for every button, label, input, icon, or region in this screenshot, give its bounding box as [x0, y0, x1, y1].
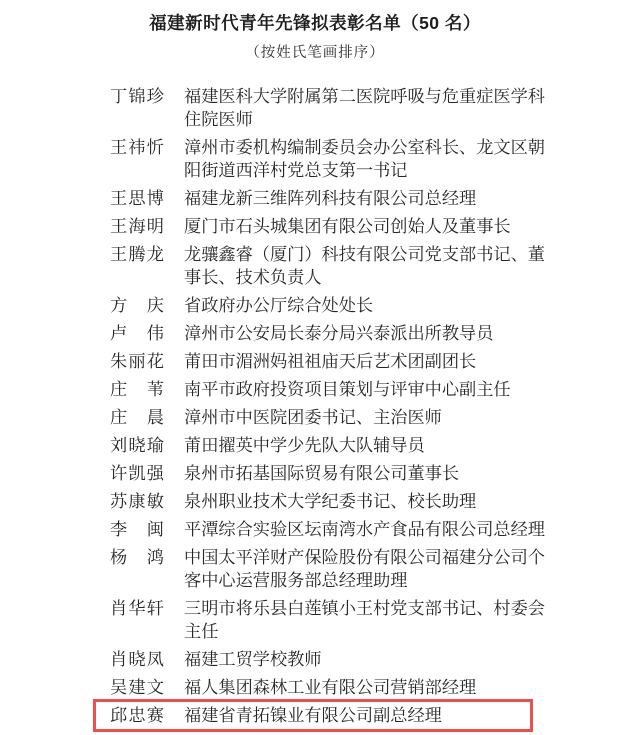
honoree-name: 吴建文 [110, 676, 164, 699]
list-item: 苏康敏 泉州职业技术大学纪委书记、校长助理 [110, 490, 580, 513]
list-item: 丁锦珍 福建医科大学附属第二医院呼吸与危重症医学科住院医师 [110, 85, 580, 131]
honoree-description: 福建工贸学校教师 [184, 648, 550, 671]
honoree-description: 三明市将乐县白莲镇小王村党支部书记、村委会主任 [184, 597, 550, 643]
honoree-name: 王祎忻 [110, 136, 164, 159]
list-item: 许凯强 泉州市拓基国际贸易有限公司董事长 [110, 462, 580, 485]
honoree-description: 龙骧鑫睿（厦门）科技有限公司党支部书记、董事长、技术负责人 [184, 243, 550, 289]
list-item: 庄晨 漳州市中医院团委书记、主治医师 [110, 406, 580, 429]
list-item: 杨鸿 中国太平洋财产保险股份有限公司福建分公司个客中心运营服务部总经理助理 [110, 546, 580, 592]
list-item: 王腾龙 龙骧鑫睿（厦门）科技有限公司党支部书记、董事长、技术负责人 [110, 243, 580, 289]
list-item: 李闽 平潭综合实验区坛南湾水产食品有限公司总经理 [110, 518, 580, 541]
honoree-description: 莆田擢英中学少先队大队辅导员 [184, 434, 550, 457]
honoree-name: 丁锦珍 [110, 85, 164, 108]
honoree-description: 福人集团森林工业有限公司营销部经理 [184, 676, 550, 699]
honoree-description: 福建医科大学附属第二医院呼吸与危重症医学科住院医师 [184, 85, 550, 131]
list-item: 方庆 省政府办公厅综合处处长 [110, 294, 580, 317]
honoree-name: 苏康敏 [110, 490, 164, 513]
list-item: 邱忠赛 福建省青拓镍业有限公司副总经理 [110, 704, 580, 727]
list-item: 肖华轩 三明市将乐县白莲镇小王村党支部书记、村委会主任 [110, 597, 580, 643]
honoree-name: 王海明 [110, 215, 164, 238]
honoree-name: 许凯强 [110, 462, 164, 485]
honoree-name: 朱丽花 [110, 350, 164, 373]
honoree-name: 卢伟 [110, 322, 164, 345]
honoree-name: 王思博 [110, 187, 164, 210]
honoree-name: 庄苇 [110, 378, 164, 401]
honoree-name: 杨鸿 [110, 546, 164, 569]
honoree-name: 方庆 [110, 294, 164, 317]
honoree-description: 漳州市中医院团委书记、主治医师 [184, 406, 550, 429]
list-item: 王思博 福建龙新三维阵列科技有限公司总经理 [110, 187, 580, 210]
honoree-name: 刘晓瑜 [110, 434, 164, 457]
honoree-list: 丁锦珍 福建医科大学附属第二医院呼吸与危重症医学科住院医师 王祎忻 漳州市委机构… [110, 85, 580, 732]
list-item: 刘晓瑜 莆田擢英中学少先队大队辅导员 [110, 434, 580, 457]
list-item: 王海明 厦门市石头城集团有限公司创始人及董事长 [110, 215, 580, 238]
honoree-description: 南平市政府投资项目策划与评审中心副主任 [184, 378, 550, 401]
honoree-name: 李闽 [110, 518, 164, 541]
list-item: 吴建文 福人集团森林工业有限公司营销部经理 [110, 676, 580, 699]
honoree-description: 泉州职业技术大学纪委书记、校长助理 [184, 490, 550, 513]
honoree-description: 省政府办公厅综合处处长 [184, 294, 550, 317]
honoree-description: 福建省青拓镍业有限公司副总经理 [184, 704, 550, 727]
honoree-description: 平潭综合实验区坛南湾水产食品有限公司总经理 [184, 518, 550, 541]
list-item: 王祎忻 漳州市委机构编制委员会办公室科长、龙文区朝阳街道西洋村党总支第一书记 [110, 136, 580, 182]
honoree-description: 漳州市委机构编制委员会办公室科长、龙文区朝阳街道西洋村党总支第一书记 [184, 136, 550, 182]
honoree-name: 王腾龙 [110, 243, 164, 266]
honoree-name: 邱忠赛 [110, 704, 164, 727]
honoree-name: 肖晓凤 [110, 648, 164, 671]
document-page: 福建新时代青年先锋拟表彰名单（50 名） （按姓氏笔画排序） 丁锦珍 福建医科大… [0, 0, 630, 735]
honoree-description: 漳州市公安局长泰分局兴泰派出所教导员 [184, 322, 550, 345]
honoree-description: 厦门市石头城集团有限公司创始人及董事长 [184, 215, 550, 238]
list-item: 庄苇 南平市政府投资项目策划与评审中心副主任 [110, 378, 580, 401]
list-item: 肖晓凤 福建工贸学校教师 [110, 648, 580, 671]
page-title: 福建新时代青年先锋拟表彰名单（50 名） [0, 12, 630, 34]
page-subtitle: （按姓氏笔画排序） [0, 44, 630, 63]
list-item: 朱丽花 莆田市湄洲妈祖祖庙天后艺术团副团长 [110, 350, 580, 373]
list-item: 卢伟 漳州市公安局长泰分局兴泰派出所教导员 [110, 322, 580, 345]
honoree-name: 庄晨 [110, 406, 164, 429]
honoree-description: 福建龙新三维阵列科技有限公司总经理 [184, 187, 550, 210]
honoree-name: 肖华轩 [110, 597, 164, 620]
honoree-description: 泉州市拓基国际贸易有限公司董事长 [184, 462, 550, 485]
honoree-description: 莆田市湄洲妈祖祖庙天后艺术团副团长 [184, 350, 550, 373]
honoree-description: 中国太平洋财产保险股份有限公司福建分公司个客中心运营服务部总经理助理 [184, 546, 550, 592]
